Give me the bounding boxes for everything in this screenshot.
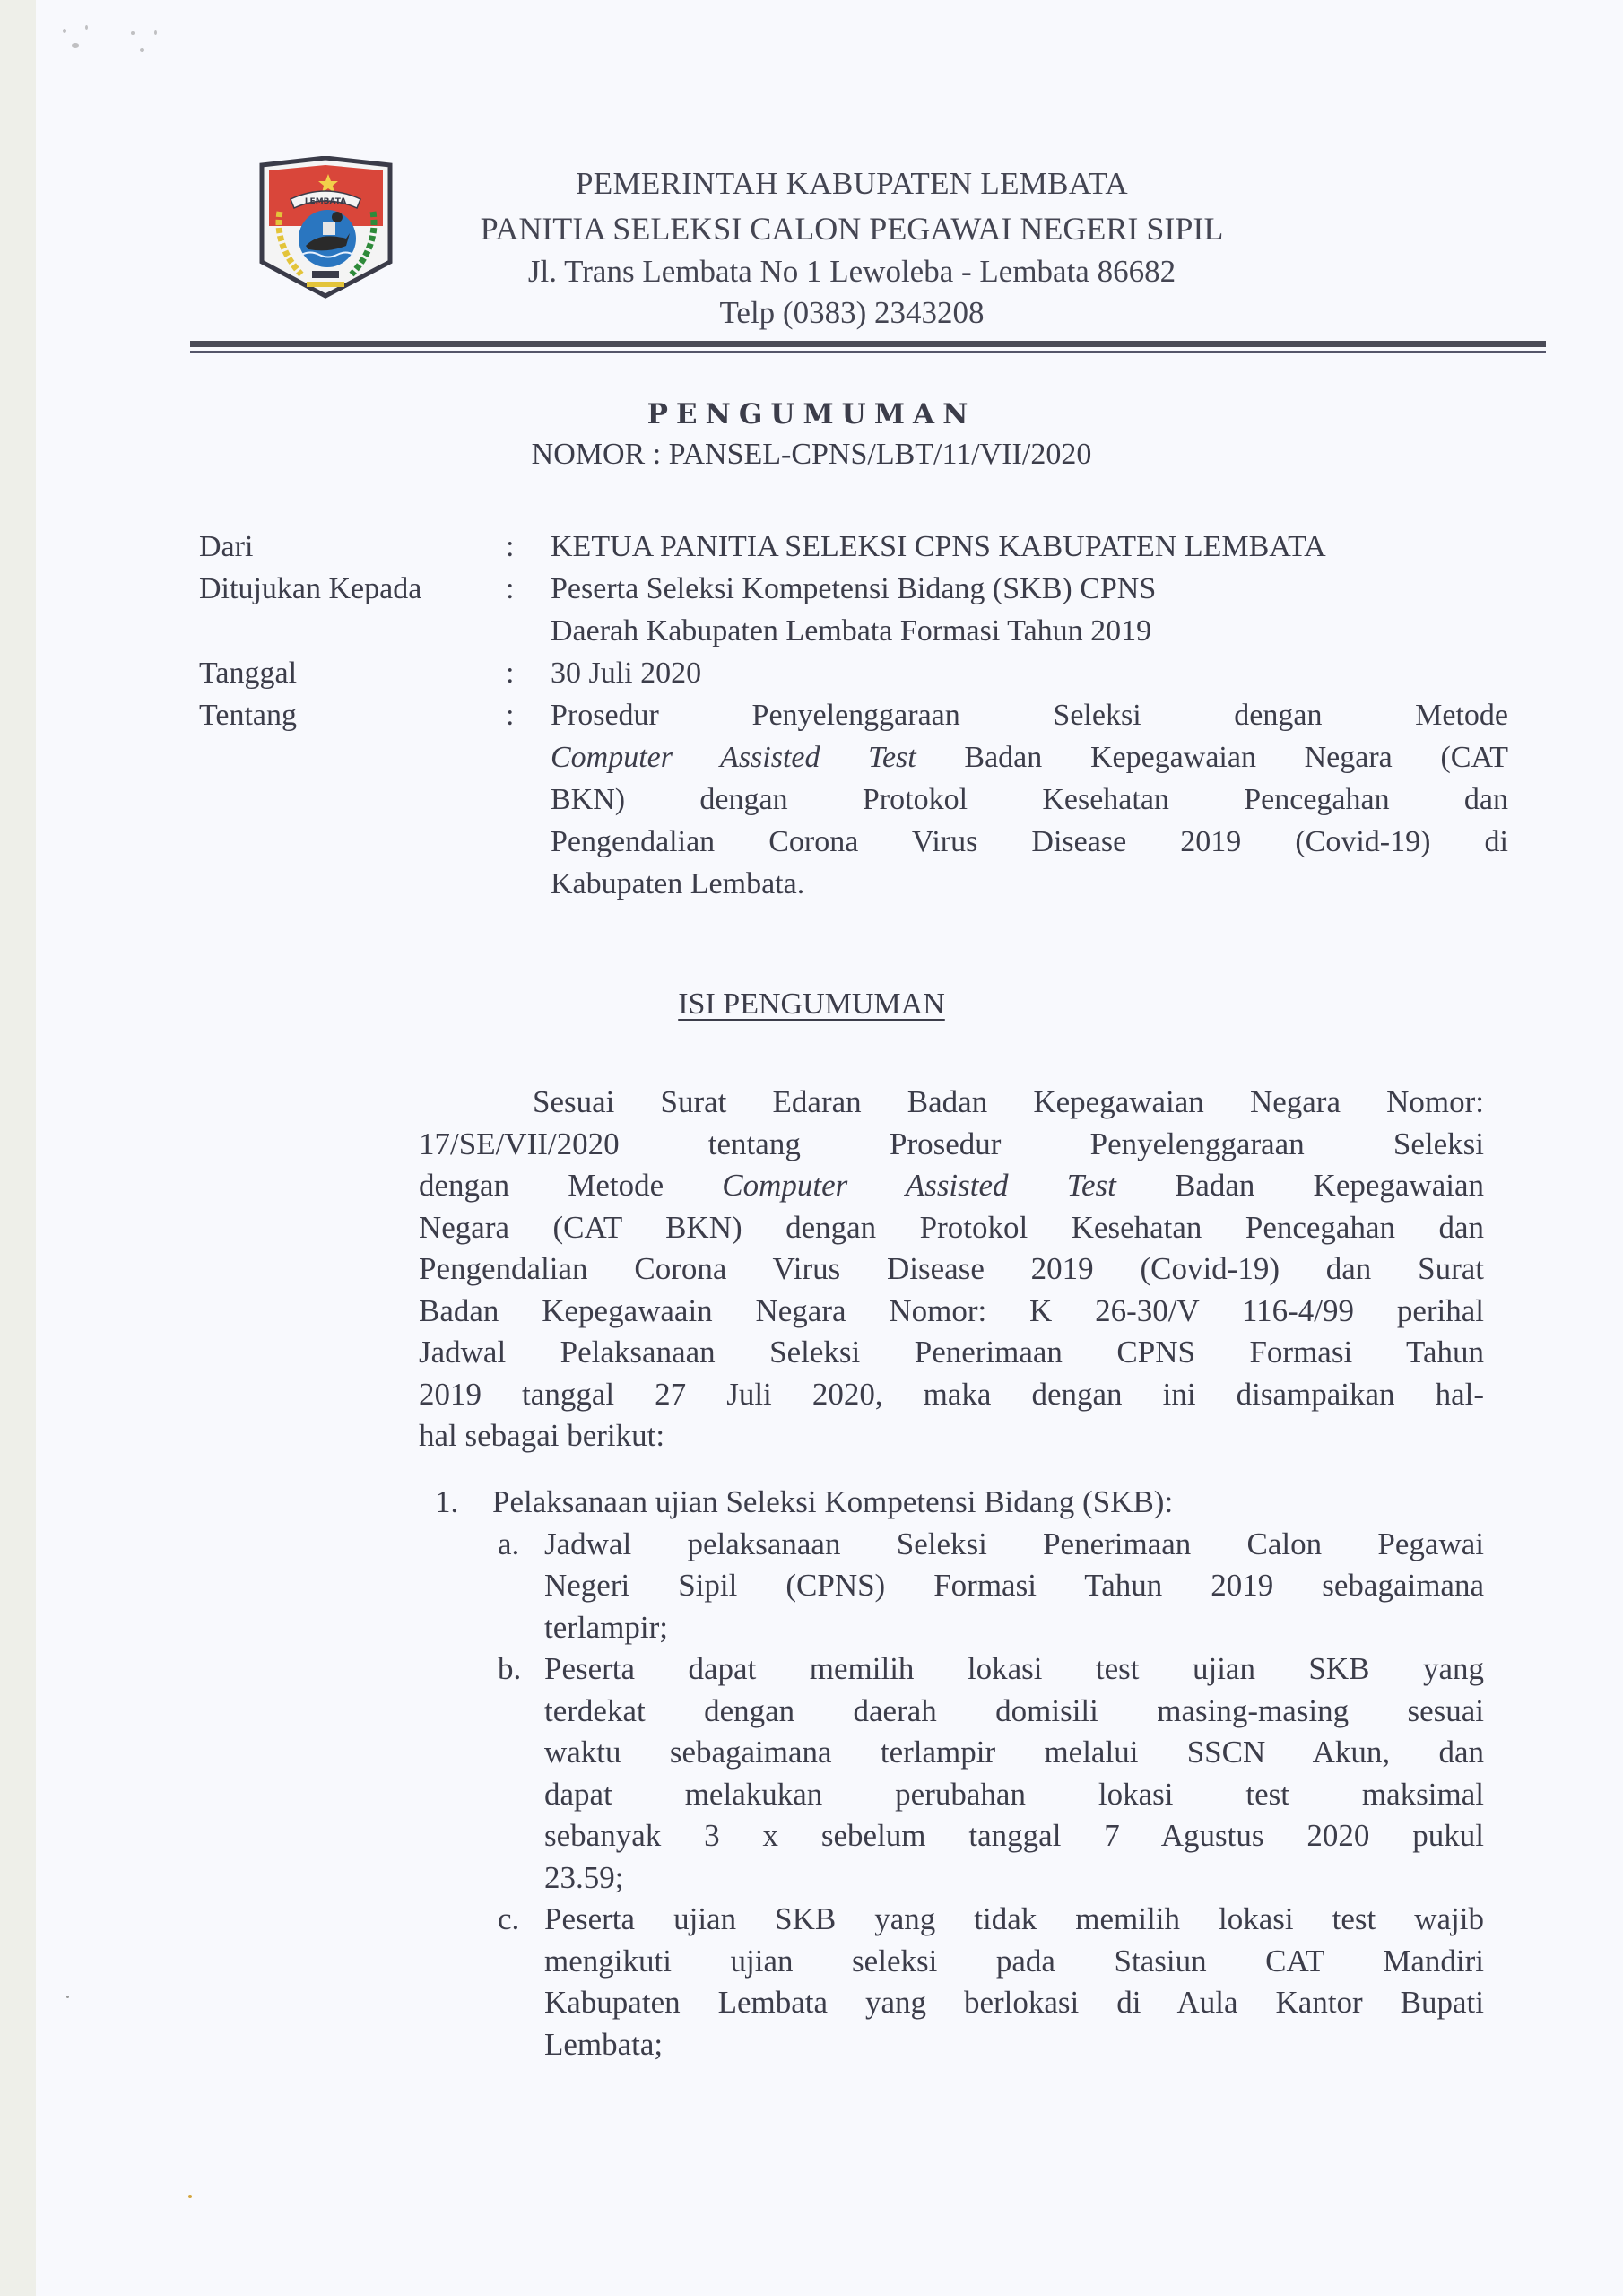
paragraph-line: dengan Metode Computer Assisted Test Bad…: [419, 1165, 1484, 1207]
svg-text:LEMBATA: LEMBATA: [305, 197, 346, 206]
metadata-colon: :: [506, 526, 551, 568]
sub-list-letter: c.: [492, 1899, 544, 2066]
metadata-row: Ditujukan Kepada:Peserta Seleksi Kompete…: [199, 568, 1508, 652]
announcement-list: 1.Pelaksanaan ujian Seleksi Kompetensi B…: [419, 1482, 1484, 2066]
sub-list-line: Kabupaten Lembata yang berlokasi di Aula…: [544, 1982, 1484, 2024]
sub-list-line: dapat melakukan perubahan lokasi test ma…: [544, 1774, 1484, 1816]
lembata-regency-emblem-icon: LEMBATA: [256, 156, 395, 300]
letterhead: PEMERINTAH KABUPATEN LEMBATA PANITIA SEL…: [421, 161, 1282, 334]
sub-list-line: mengikuti ujian seleksi pada Stasiun CAT…: [544, 1941, 1484, 1983]
sub-list-item: b.Peserta dapat memilih lokasi test ujia…: [492, 1648, 1484, 1899]
metadata-value: 30 Juli 2020: [551, 652, 1508, 694]
metadata-row: Tanggal:30 Juli 2020: [199, 652, 1508, 694]
scan-edge: [0, 0, 36, 2296]
italic-term: Computer Assisted Test: [722, 1168, 1116, 1203]
list-item-text: Pelaksanaan ujian Seleksi Kompetensi Bid…: [492, 1482, 1484, 1524]
metadata-colon: :: [506, 652, 551, 694]
metadata-row: Dari:KETUA PANITIA SELEKSI CPNS KABUPATE…: [199, 526, 1508, 568]
metadata-label: Tanggal: [199, 652, 506, 694]
metadata-line: KETUA PANITIA SELEKSI CPNS KABUPATEN LEM…: [551, 526, 1508, 568]
sub-list-line: Lembata;: [544, 2024, 1484, 2066]
sub-list-text: Jadwal pelaksanaan Seleksi Penerimaan Ca…: [544, 1524, 1484, 1649]
sub-list-letter: a.: [492, 1524, 544, 1649]
scan-speck: [66, 1996, 69, 1998]
metadata-row: Tentang:Prosedur Penyelenggaraan Seleksi…: [199, 694, 1508, 905]
metadata-line: BKN) dengan Protokol Kesehatan Pencegaha…: [551, 778, 1508, 821]
phone: Telp (0383) 2343208: [421, 292, 1282, 334]
metadata-line: Prosedur Penyelenggaraan Seleksi dengan …: [551, 694, 1508, 736]
committee-name: PANITIA SELEKSI CALON PEGAWAI NEGERI SIP…: [421, 206, 1282, 251]
sub-list-item: a.Jadwal pelaksanaan Seleksi Penerimaan …: [492, 1524, 1484, 1649]
sub-list-line: Peserta dapat memilih lokasi test ujian …: [544, 1648, 1484, 1691]
sub-list-line: terdekat dengan daerah domisili masing-m…: [544, 1691, 1484, 1733]
sub-list-text: Peserta dapat memilih lokasi test ujian …: [544, 1648, 1484, 1899]
address: Jl. Trans Lembata No 1 Lewoleba - Lembat…: [421, 251, 1282, 292]
scan-speck: [72, 43, 79, 48]
metadata-label: Dari: [199, 526, 506, 568]
document-title: PENGUMUMAN: [0, 398, 1623, 430]
sub-list-line: terlampir;: [544, 1607, 1484, 1649]
paragraph-line: hal sebagai berikut:: [419, 1415, 1484, 1457]
paragraph-line: Sesuai Surat Edaran Badan Kepegawaian Ne…: [419, 1082, 1484, 1124]
metadata-line: Daerah Kabupaten Lembata Formasi Tahun 2…: [551, 610, 1508, 652]
metadata-label: Ditujukan Kepada: [199, 568, 506, 652]
metadata-line: 30 Juli 2020: [551, 652, 1508, 694]
paragraph-line: Badan Kepegawaain Negara Nomor: K 26-30/…: [419, 1291, 1484, 1333]
paragraph-line: Negara (CAT BKN) dengan Protokol Kesehat…: [419, 1207, 1484, 1249]
letter-metadata: Dari:KETUA PANITIA SELEKSI CPNS KABUPATE…: [199, 526, 1508, 905]
sub-list-letter: b.: [492, 1648, 544, 1899]
metadata-line: Kabupaten Lembata.: [551, 863, 1508, 905]
sub-list-line: waktu sebagaimana terlampir melalui SSCN…: [544, 1732, 1484, 1774]
letterhead-divider: [190, 351, 1546, 353]
sub-list-line: sebanyak 3 x sebelum tanggal 7 Agustus 2…: [544, 1815, 1484, 1857]
italic-term: Computer Assisted Test: [551, 741, 916, 774]
metadata-line: Pengendalian Corona Virus Disease 2019 (…: [551, 821, 1508, 863]
sub-list-line: 23.59;: [544, 1857, 1484, 1900]
metadata-colon: :: [506, 694, 551, 905]
scan-speck: [85, 25, 88, 30]
paragraph-line: 17/SE/VII/2020 tentang Prosedur Penyelen…: [419, 1124, 1484, 1166]
intro-paragraph: Sesuai Surat Edaran Badan Kepegawaian Ne…: [419, 1082, 1484, 1457]
list-item: 1.Pelaksanaan ujian Seleksi Kompetensi B…: [419, 1482, 1484, 1524]
metadata-colon: :: [506, 568, 551, 652]
sub-list: a.Jadwal pelaksanaan Seleksi Penerimaan …: [419, 1524, 1484, 2066]
scan-speck: [154, 30, 157, 35]
sub-list-line: Peserta ujian SKB yang tidak memilih lok…: [544, 1899, 1484, 1941]
letterhead-divider: [190, 341, 1546, 347]
paragraph-line: Jadwal Pelaksanaan Seleksi Penerimaan CP…: [419, 1332, 1484, 1374]
metadata-value: Peserta Seleksi Kompetensi Bidang (SKB) …: [551, 568, 1508, 652]
metadata-label: Tentang: [199, 694, 506, 905]
scan-speck: [140, 48, 144, 52]
scan-speck: [131, 31, 135, 35]
sub-list-item: c.Peserta ujian SKB yang tidak memilih l…: [492, 1899, 1484, 2066]
sub-list-text: Peserta ujian SKB yang tidak memilih lok…: [544, 1899, 1484, 2066]
metadata-line: Peserta Seleksi Kompetensi Bidang (SKB) …: [551, 568, 1508, 610]
paragraph-line: Pengendalian Corona Virus Disease 2019 (…: [419, 1248, 1484, 1291]
metadata-line: Computer Assisted Test Badan Kepegawaian…: [551, 736, 1508, 778]
scan-speck: [188, 2195, 192, 2198]
scan-speck: [63, 29, 66, 33]
sub-list-line: Jadwal pelaksanaan Seleksi Penerimaan Ca…: [544, 1524, 1484, 1566]
government-name: PEMERINTAH KABUPATEN LEMBATA: [421, 161, 1282, 206]
metadata-value: KETUA PANITIA SELEKSI CPNS KABUPATEN LEM…: [551, 526, 1508, 568]
list-number: 1.: [419, 1482, 492, 1524]
paragraph-line: 2019 tanggal 27 Juli 2020, maka dengan i…: [419, 1374, 1484, 1416]
document-number: NOMOR : PANSEL-CPNS/LBT/11/VII/2020: [0, 438, 1623, 472]
section-heading: ISI PENGUMUMAN: [0, 987, 1623, 1022]
metadata-value: Prosedur Penyelenggaraan Seleksi dengan …: [551, 694, 1508, 905]
sub-list-line: Negeri Sipil (CPNS) Formasi Tahun 2019 s…: [544, 1565, 1484, 1607]
section-heading-text: ISI PENGUMUMAN: [678, 987, 945, 1021]
